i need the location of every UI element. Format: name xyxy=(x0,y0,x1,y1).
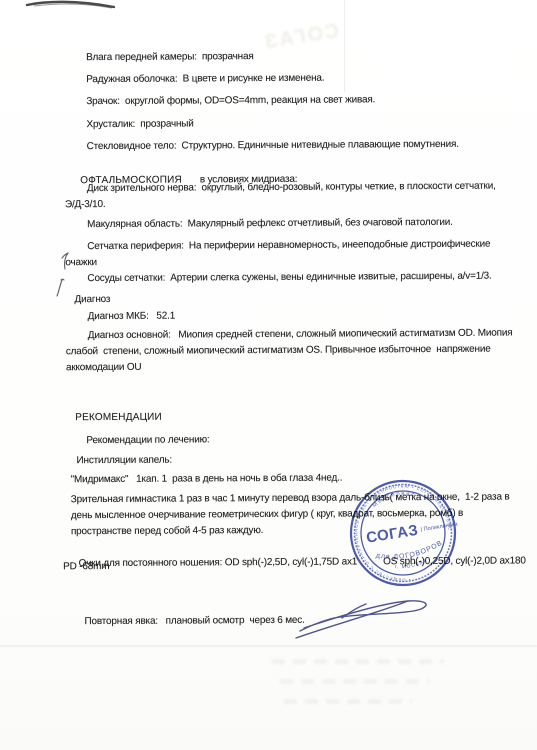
anterior-chamber-line: Влага передней камеры: прозрачная xyxy=(60,48,531,64)
macula-line: Макулярная область: Макулярный рефлекс о… xyxy=(61,215,532,231)
stamp-division-text: | Поликлиника xyxy=(420,521,459,533)
retinal-vessels-line: Сосуды сетчатки: Артерии слегка сужены, … xyxy=(61,269,532,285)
retina-periphery-line-2: очажки xyxy=(61,253,532,269)
pupil-line: Зрачок: округлой формы, OD=OS=4mm, реакц… xyxy=(60,92,531,108)
stamp-logo-text: СОГАЗ xyxy=(365,522,419,547)
main-diagnosis-line-3: аккомодации OU xyxy=(62,358,533,374)
scan-fold-line-horizontal xyxy=(0,645,537,647)
iris-line: Радужная оболочка: В цвете и рисунке не … xyxy=(60,70,531,86)
scanned-medical-report: СОГАЗ Влага передней камеры: прозрачная … xyxy=(0,0,537,750)
main-diagnosis-line-2: слабой степени, сложный миопический асти… xyxy=(62,342,533,358)
bleed-through-line xyxy=(284,699,412,704)
optic-disc-line-2: Э/Д-3/10. xyxy=(61,195,532,211)
diagnosis-heading: Диагноз xyxy=(61,290,532,306)
bleed-through-line xyxy=(272,659,444,664)
lens-line: Хрусталик: прозрачный xyxy=(60,115,531,131)
treatment-recommendations-line: Рекомендации по лечению: xyxy=(62,431,533,447)
document-text: Влага передней камеры: прозрачная Радужн… xyxy=(0,0,537,750)
recommendations-heading: РЕКОМЕНДАЦИИ xyxy=(62,408,533,424)
main-diagnosis-line-1: Диагноз основной: Миопия средней степени… xyxy=(62,326,533,342)
clinic-stamp: • ОБЩЕСТВО С ОГРАНИЧЕННОЙ ОТВЕТСТВЕННОСТ… xyxy=(323,453,483,613)
margin-pen-mark xyxy=(54,252,78,300)
retina-periphery-line: Сетчатка периферия: На периферии неравно… xyxy=(61,237,532,253)
icd-diagnosis-line: Диагноз МКБ: 52.1 xyxy=(62,307,533,323)
vitreous-line: Стекловидное тело: Структурно. Единичные… xyxy=(61,137,532,153)
bleed-through-line xyxy=(280,679,430,684)
